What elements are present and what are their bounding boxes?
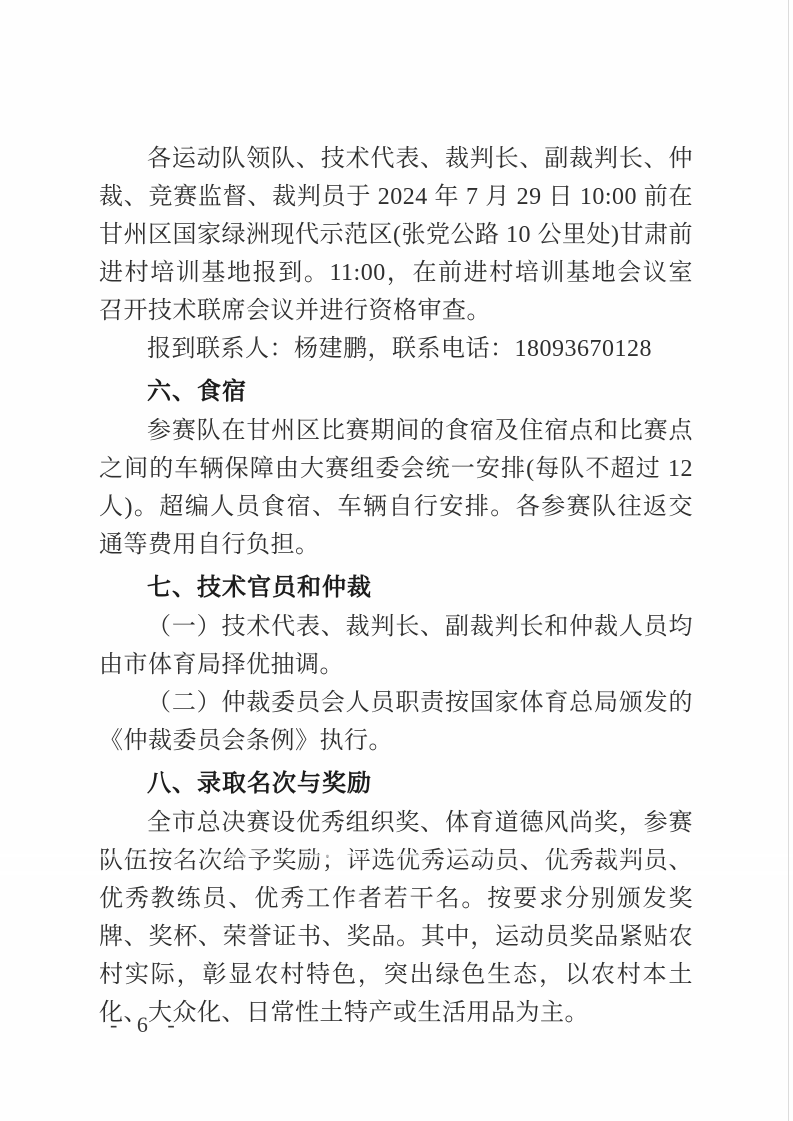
paragraph-board-lodging: 参赛队在甘州区比赛期间的食宿及住宿点和比赛点之间的车辆保障由大赛组委会统一安排(… (99, 412, 693, 564)
heading-section-7-officials-arbitration: 七、技术官员和仲裁 (99, 569, 693, 607)
heading-section-8-ranking-awards: 八、录取名次与奖励 (99, 765, 693, 803)
document-body: 各运动队领队、技术代表、裁判长、副裁判长、仲裁、竞赛监督、裁判员于 2024 年… (99, 140, 693, 1032)
page-number: - 6 - (110, 1010, 182, 1040)
paragraph-contact-info: 报到联系人：杨建鹏，联系电话：18093670128 (99, 330, 693, 368)
paragraph-ranking-awards: 全市总决赛设优秀组织奖、体育道德风尚奖，参赛队伍按名次给予奖励；评选优秀运动员、… (99, 804, 693, 1032)
paragraph-officials-item-2: （二）仲裁委员会人员职责按国家体育总局颁发的《仲裁委员会条例》执行。 (99, 684, 693, 760)
scan-edge-line (788, 0, 789, 1121)
document-page: 各运动队领队、技术代表、裁判长、副裁判长、仲裁、竞赛监督、裁判员于 2024 年… (0, 0, 793, 1121)
paragraph-registration-info: 各运动队领队、技术代表、裁判长、副裁判长、仲裁、竞赛监督、裁判员于 2024 年… (99, 140, 693, 330)
paragraph-officials-item-1: （一）技术代表、裁判长、副裁判长和仲裁人员均由市体育局择优抽调。 (99, 608, 693, 684)
heading-section-6-board-lodging: 六、食宿 (99, 373, 693, 411)
